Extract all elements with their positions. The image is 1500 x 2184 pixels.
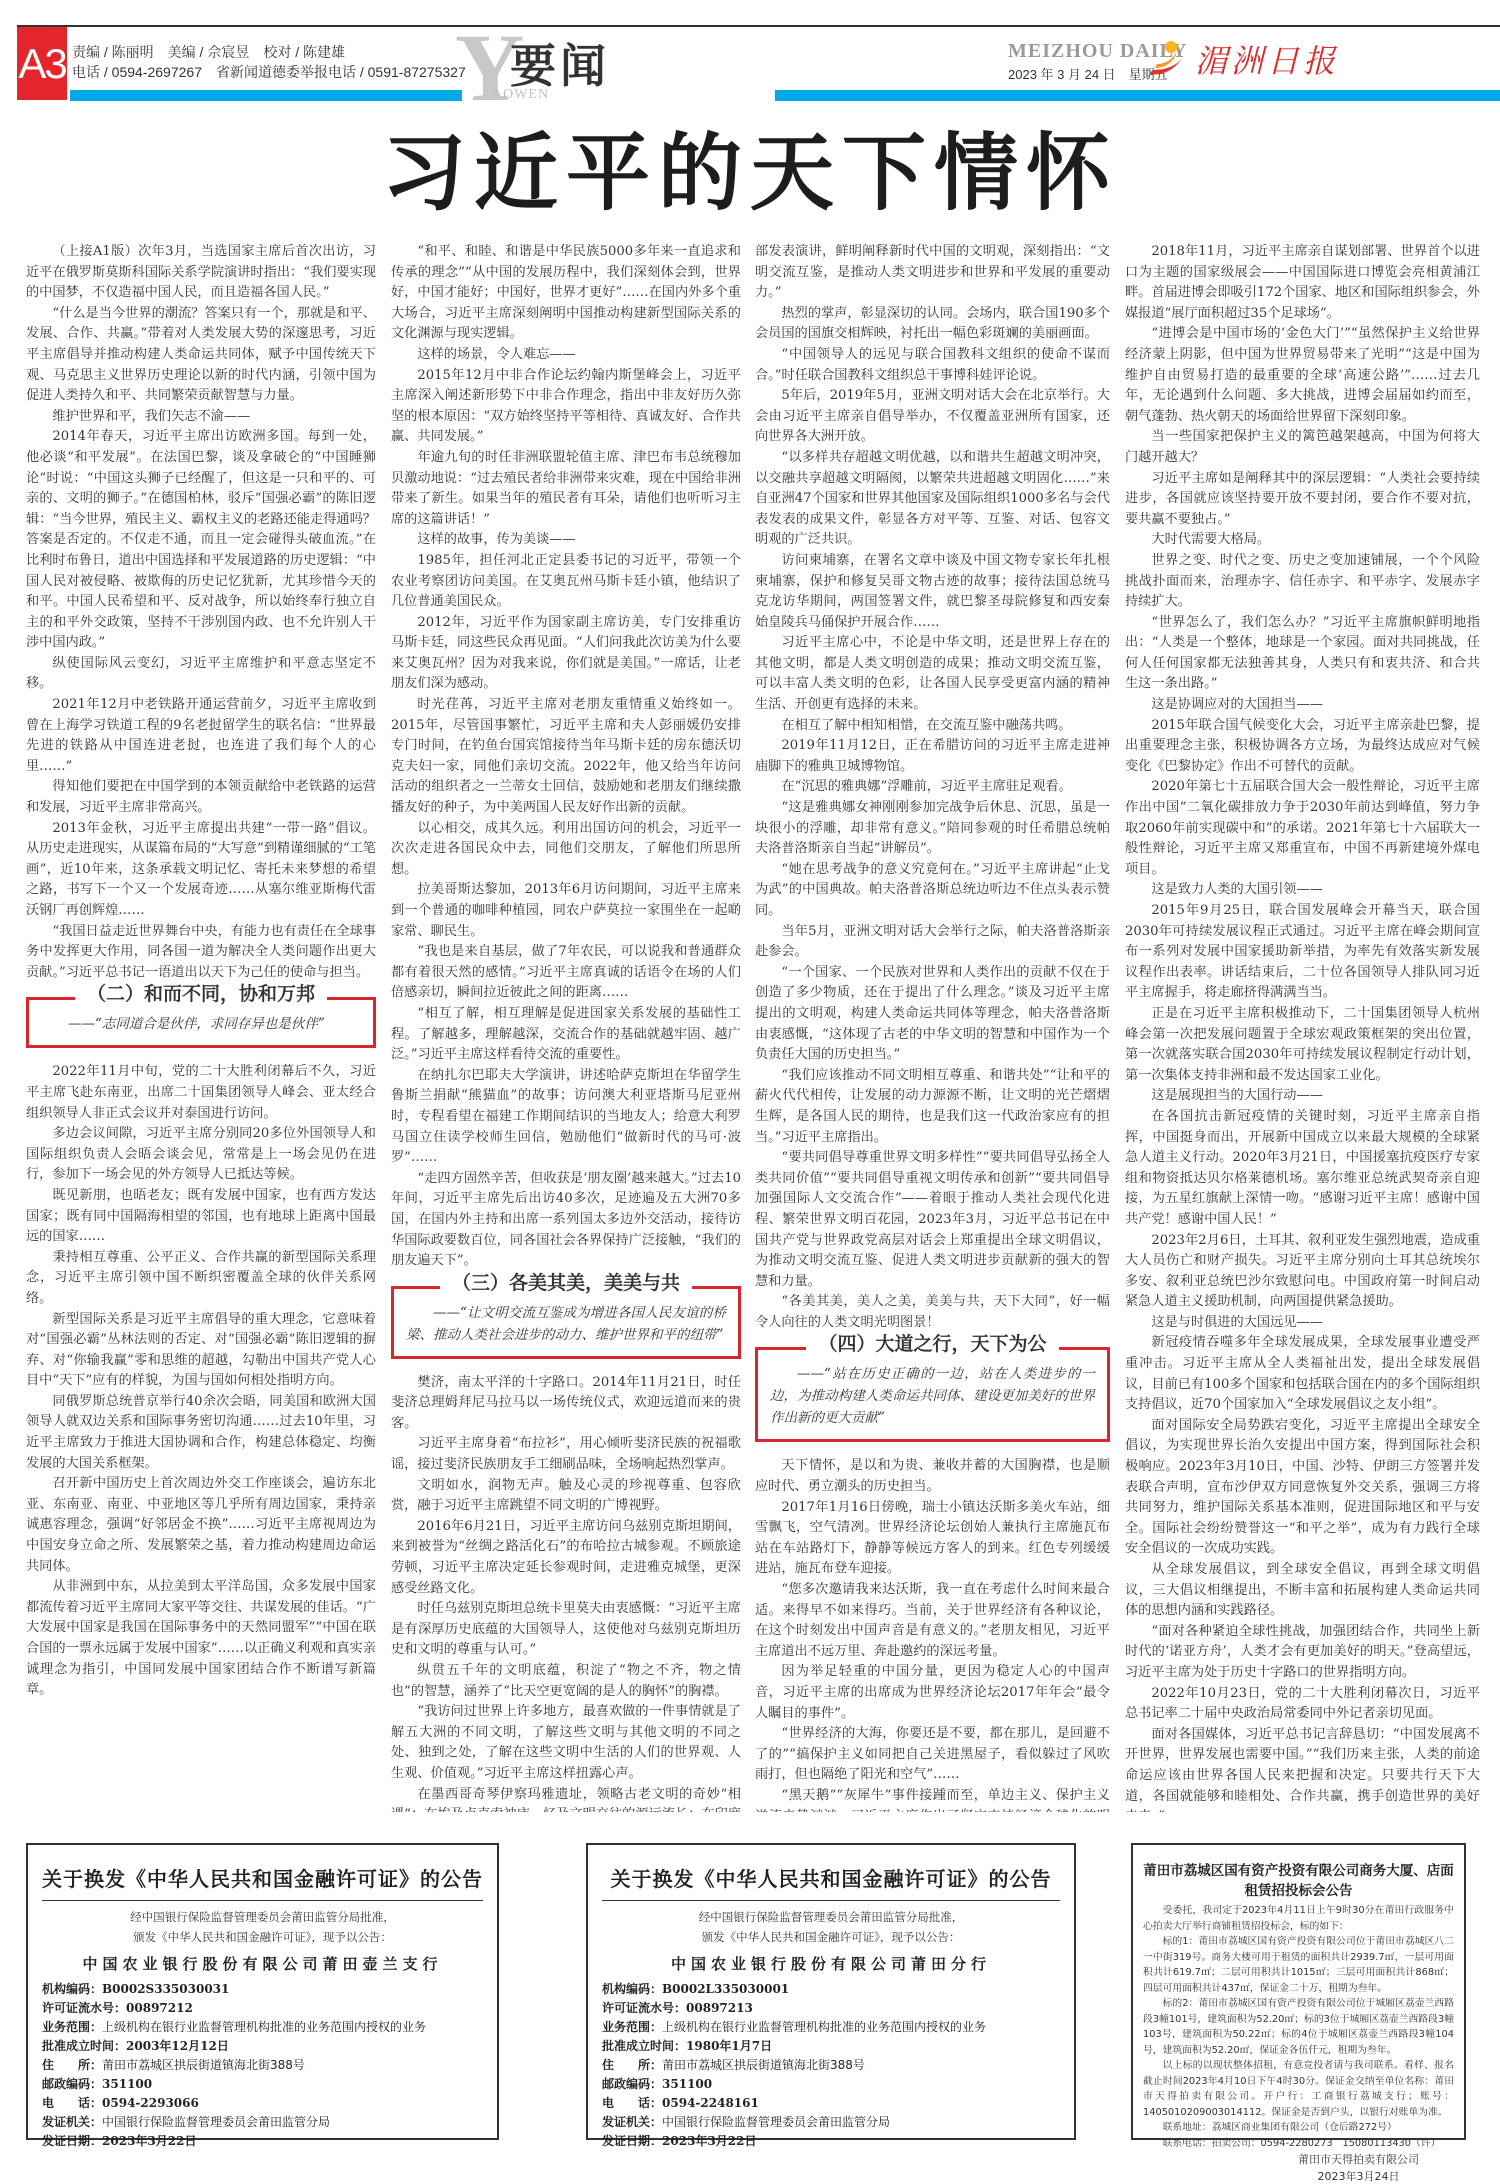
- field-address: 住 所：莆田市荔城区拱辰街道镇海北街388号: [602, 2056, 1060, 2075]
- paragraph: “世界经济的大海，你要还是不要，都在那儿，是回避不了的”“搞保护主义如同把自己关…: [755, 1724, 1110, 1786]
- paragraph: 在各国抗击新冠疫情的关键时刻，习近平主席亲自指挥，中国挺身而出，开展新中国成立以…: [1125, 1107, 1480, 1231]
- contact-address: 联系地址：荔城区商业集团有限公司（仓后路272号）: [1143, 2120, 1454, 2136]
- paragraph: 拉美哥斯达黎加，2013年6月访问期间，习近平主席来到一个普通的咖啡种植园，同农…: [391, 880, 741, 942]
- notice-title: 关于换发《中华人民共和国金融许可证》的公告: [42, 1855, 483, 1901]
- paragraph: 2018年11月，习近平主席亲自谋划部署、世界首个以进口为主题的国家级展会——中…: [1125, 242, 1480, 324]
- paragraph: 以上标的以现状整体招租，有意竞投者请与我司联系。看样、报名截止时间2023年4月…: [1143, 2058, 1454, 2120]
- subhead-quote: ——“站在历史正确的一边，站在人类进步的一边，为推动构建人类命运共同体、建设更加…: [770, 1363, 1095, 1429]
- paragraph: 2015年联合国气候变化大会，习近平主席亲赴巴黎，提出重要理念主张，积极协调各方…: [1125, 716, 1480, 778]
- notice-lease-tender: 莆田市荔城区国有资产投资有限公司商务大厦、店面租赁招投标会公告 受委托，我司定于…: [1131, 1843, 1466, 2140]
- field-business-scope: 业务范围：上级机构在银行业监督管理机构批准的业务范围内授权的业务: [602, 2018, 1060, 2037]
- paragraph: “这是雅典娜女神刚刚参加完战争后休息、沉思，虽是一块很小的浮雕，却非常有意义。”…: [755, 798, 1110, 860]
- paragraph: 这样的故事，传为美谈——: [391, 530, 741, 551]
- paragraph: 2022年11月中旬，党的二十大胜利闭幕后不久，习近平主席飞赴东南亚，出席二十国…: [26, 1062, 376, 1124]
- notice-title: 关于换发《中华人民共和国金融许可证》的公告: [602, 1855, 1060, 1901]
- field-institution-code: 机构编码：B0002S335030031: [42, 1980, 483, 1999]
- credits-line-1: 责编 / 陈丽明 美编 / 佘宸昱 校对 / 陈建雄: [72, 42, 466, 62]
- subhead-title: （四）大道之行，天下为公: [806, 1333, 1058, 1355]
- paragraph: “相互了解，相互理解是促进国家关系发展的基础性工程。了解越多，理解越深，交流合作…: [391, 1004, 741, 1066]
- paragraph: 秉持相互尊重、公平正义、合作共赢的新型国际关系理念，习近平主席引领中国不断织密覆…: [26, 1248, 376, 1310]
- field-issue-date: 发证日期：2023年3月22日: [602, 2132, 1060, 2151]
- paragraph: 热烈的掌声，彰显深切的认同。会场内，联合国190多个会员国的国旗交相辉映，衬托出…: [755, 304, 1110, 345]
- paragraph: 时任乌兹别克斯坦总统卡里莫夫由衷感慨：“习近平主席是有深厚历史底蕴的大国领导人，…: [391, 1599, 741, 1661]
- paragraph: 习近平主席心中，不论是中华文明，还是世界上存在的其他文明，都是人类文明创造的成果…: [755, 633, 1110, 715]
- paragraph: “一个国家、一个民族对世界和人类作出的贡献不仅在于创造了多少物质，还在于提出了什…: [755, 963, 1110, 1066]
- paragraph: “要共同倡导尊重世界文明多样性”“要共同倡导弘扬全人类共同价值”“要共同倡导重视…: [755, 1148, 1110, 1292]
- paragraph: 天下情怀，是以和为贵、兼收并蓄的大国胸襟，也是顺应时代、勇立潮头的历史担当。: [755, 1456, 1110, 1497]
- article-column-2: “和平、和睦、和谐是中华民族5000多年来一直追求和传承的理念”“从中国的发展历…: [391, 242, 741, 1812]
- paragraph: 访问柬埔寨，在署名文章中谈及中国文物专家长年扎根柬埔寨，保护和修复吴哥文物古迹的…: [755, 551, 1110, 633]
- field-phone: 电 话：0594-2293066: [42, 2094, 483, 2113]
- editor-credits: 责编 / 陈丽明 美编 / 佘宸昱 校对 / 陈建雄 电话 / 0594-269…: [72, 42, 466, 82]
- paragraph: “各美其美，美人之美，美美与共，天下大同”，好一幅令人向往的人类文明光明图景！: [755, 1292, 1110, 1333]
- paragraph: 2012年，习近平作为国家副主席访美，专门安排重访马斯卡廷，同这些民众再见面。“…: [391, 613, 741, 695]
- notice-license-putian-branch: 关于换发《中华人民共和国金融许可证》的公告 经中国银行保险监督管理委员会莆田监管…: [586, 1843, 1076, 2140]
- subhead-quote: ——“让文明交流互鉴成为增进各国人民友谊的桥梁、推动人类社会进步的动力、维护世界…: [406, 1302, 726, 1346]
- paragraph: 2017年1月16日傍晚，瑞士小镇达沃斯多美火车站，细雪飘飞，空气清冽。世界经济…: [755, 1498, 1110, 1580]
- paragraph: 标的2：莆田市荔城区国有资产投资有限公司位于城厢区荔壶兰西路段3幢101号，建筑…: [1143, 1996, 1454, 2058]
- paragraph: 从非洲到中东，从拉美到太平洋岛国，众多发展中国家都流传着习近平主席同大家平等交往…: [26, 1577, 376, 1701]
- paragraph: 当一些国家把保护主义的篱笆越架越高，中国为何将大门越开越大？: [1125, 427, 1480, 468]
- paragraph: 这是与时俱进的大国远见——: [1125, 1313, 1480, 1334]
- paragraph: 从全球发展倡议，到全球安全倡议，再到全球文明倡议，三大倡议相继提出，不断丰富和拓…: [1125, 1560, 1480, 1622]
- field-postcode: 邮政编码：351100: [42, 2075, 483, 2094]
- field-license-serial: 许可证流水号：00897213: [602, 1999, 1060, 2018]
- paragraph: “和平、和睦、和谐是中华民族5000多年来一直追求和传承的理念”“从中国的发展历…: [391, 242, 741, 345]
- field-license-serial: 许可证流水号：00897212: [42, 1999, 483, 2018]
- article-column-1: （上接A1版）次年3月，当选国家主席后首次出访，习近平在俄罗斯莫斯科国际关系学院…: [26, 242, 376, 1812]
- paragraph: 1985年，担任河北正定县委书记的习近平，带领一个农业考察团访问美国。在艾奥瓦州…: [391, 551, 741, 613]
- signature-date: 2023年3月24日: [1143, 2168, 1454, 2184]
- paragraph: 新型国际关系是习近平主席倡导的重大理念，它意味着对“国强必霸”丛林法则的否定、对…: [26, 1310, 376, 1392]
- issue-date: 2023 年 3 月 24 日 星期五: [1008, 64, 1168, 83]
- subhead-title: （三）各美其美，美美与共: [440, 1272, 692, 1294]
- paragraph: 这是协调应对的大国担当——: [1125, 695, 1480, 716]
- paragraph: 纵贯五千年的文明底蕴，积淀了“物之不齐，物之情也”的智慧，涵养了“比天空更宽阔的…: [391, 1661, 741, 1702]
- paragraph: 2015年12月中非合作论坛约翰内斯堡峰会上，习近平主席深入阐述新形势下中非合作…: [391, 366, 741, 448]
- field-postcode: 邮政编码：351100: [602, 2075, 1060, 2094]
- paragraph: 正是在习近平主席积极推动下，二十国集团领导人杭州峰会第一次把发展问题置于全球宏观…: [1125, 1004, 1480, 1086]
- paragraph: 2023年2月6日，土耳其、叙利亚发生强烈地震，造成重大人员伤亡和财产损失。习近…: [1125, 1231, 1480, 1313]
- paragraph: “进博会是中国市场的‘金色大门’”“虽然保护主义给世界经济蒙上阴影，但中国为世界…: [1125, 324, 1480, 427]
- bank-name: 中国农业银行股份有限公司莆田壶兰支行: [42, 1953, 483, 1974]
- paragraph: 既见新朋，也晤老友；既有发展中国家，也有西方发达国家；既有同中国隔海相望的邻国，…: [26, 1186, 376, 1248]
- paragraph: 2014年春天，习近平主席出访欧洲多国。每到一处，他必谈“和平发展”。在法国巴黎…: [26, 427, 376, 654]
- paragraph: 2016年6月21日，习近平主席访问乌兹别克斯坦期间，来到被誉为“丝绸之路活化石…: [391, 1517, 741, 1599]
- signature-company: 莆田市天得拍卖有限公司: [1143, 2151, 1454, 2168]
- field-established: 批准成立时间：1980年1月7日: [602, 2037, 1060, 2056]
- paragraph: 大时代需要大格局。: [1125, 530, 1480, 551]
- subhead-quote: ——“志同道合是伙伴，求同存异也是伙伴”: [41, 1013, 361, 1035]
- article-column-4: 2018年11月，习近平主席亲自谋划部署、世界首个以进口为主题的国家级展会——中…: [1125, 242, 1480, 1812]
- article-column-3: 部发表演讲，鲜明阐释新时代中国的文明观，深刻指出：“文明交流互鉴，是推动人类文明…: [755, 242, 1110, 1812]
- section-title: 要闻: [510, 30, 610, 96]
- paragraph: “世界怎么了，我们怎么办？”习近平主席旗帜鲜明地指出：“人类是一个整体，地球是一…: [1125, 613, 1480, 695]
- notice-title: 莆田市荔城区国有资产投资有限公司商务大厦、店面租赁招投标会公告: [1143, 1853, 1454, 1903]
- paragraph: 2019年11月12日，正在希腊访问的习近平主席走进神庙脚下的雅典卫城博物馆。: [755, 736, 1110, 777]
- paragraph: 5年后，2019年5月，亚洲文明对话大会在北京举行。大会由习近平主席亲自倡导举办…: [755, 386, 1110, 448]
- paragraph: 习近平主席如是阐释其中的深层逻辑：“人类社会要持续进步，各国就应该坚持要开放不要…: [1125, 469, 1480, 531]
- paragraph: “面对各种紧迫全球性挑战，加强团结合作，共同坐上新时代的‘诺亚方舟’，人类才会有…: [1125, 1622, 1480, 1684]
- paragraph: 新冠疫情吞噬多年全球发展成果，全球发展事业遭受严重冲击。习近平主席从全人类福祉出…: [1125, 1333, 1480, 1415]
- field-institution-code: 机构编码：B0002L335030001: [602, 1980, 1060, 1999]
- paragraph: 得知他们要把在中国学到的本领贡献给中老铁路的运营和发展，习近平主席非常高兴。: [26, 777, 376, 818]
- paragraph: 在纳扎尔巴耶夫大学演讲，讲述哈萨克斯坦在华留学生鲁斯兰捐献“熊猫血”的故事；访问…: [391, 1066, 741, 1169]
- paragraph: “我也是来自基层，做了7年农民，可以说我和普通群众都有着很天然的感情。”习近平主…: [391, 942, 741, 1004]
- paragraph: 同俄罗斯总统普京举行40余次会晤，同美国和欧洲大国领导人就双边关系和国际事务密切…: [26, 1392, 376, 1474]
- subhead-section-4: （四）大道之行，天下为公 ——“站在历史正确的一边，站在人类进步的一边，为推动构…: [755, 1347, 1110, 1442]
- paragraph: 因为举足轻重的中国分量，更因为稳定人心的中国声音，习近平主席的出席成为世界经济论…: [755, 1662, 1110, 1724]
- paragraph: “黑天鹅”“灰犀牛”事件接踵而至，单边主义、保护主义逆流来势汹汹，习近平主席作出…: [755, 1786, 1110, 1812]
- page-number-badge: A3: [17, 27, 67, 100]
- subhead-section-2: （二）和而不同，协和万邦 ——“志同道合是伙伴，求同存异也是伙伴”: [26, 997, 376, 1048]
- field-issue-date: 发证日期：2023年3月22日: [42, 2132, 483, 2151]
- paragraph: 2021年12月中老铁路开通运营前夕，习近平主席收到曾在上海学习铁道工程的9名老…: [26, 695, 376, 777]
- contact-phone: 联系电话：拍卖公司：0594-2280273 15080113430（许）: [1143, 2136, 1454, 2152]
- paragraph: 面对各国媒体，习近平总书记言辞恳切：“中国发展离不开世界，世界发展也需要中国。”…: [1125, 1725, 1480, 1812]
- paragraph: “以多样共存超越文明优越，以和谐共生超越文明冲突，以交融共享超越文明隔阂，以繁荣…: [755, 448, 1110, 551]
- paragraph: 世界之变、时代之变、历史之变加速铺展，一个个风险挑战扑面而来，治理赤字、信任赤字…: [1125, 551, 1480, 613]
- paragraph: “走四方固然辛苦，但收获是‘朋友圈’越来越大。”过去10年间，习近平主席先后出访…: [391, 1169, 741, 1272]
- paper-name-cn: 湄洲日报: [1195, 36, 1339, 82]
- article-headline: 习近平的天下情怀: [0, 118, 1500, 228]
- notice-intro: 经中国银行保险监督管理委员会莆田监管分局批准， 颁发《中华人民共和国金融许可证》…: [602, 1907, 1060, 1947]
- paragraph: 受委托，我司定于2023年4月11日上午9时30分在莆田行政服务中心拍卖大厅举行…: [1143, 1903, 1454, 1934]
- paragraph: 这是展现担当的大国行动——: [1125, 1086, 1480, 1107]
- subhead-title: （二）和而不同，协和万邦: [75, 983, 327, 1005]
- paragraph: 年逾九旬的时任非洲联盟轮值主席、津巴布韦总统穆加贝激动地说：“过去殖民者给非洲带…: [391, 448, 741, 530]
- notice-intro: 经中国银行保险监督管理委员会莆田监管分局批准， 颁发《中华人民共和国金融许可证》…: [42, 1907, 483, 1947]
- paragraph: 习近平主席身着“布拉衫”，用心倾听斐济民族的祝福歌谣，接过斐济民族朋友手工细刷品…: [391, 1434, 741, 1475]
- paragraph: 维护世界和平，我们矢志不渝——: [26, 407, 376, 428]
- paragraph: 召开新中国历史上首次周边外交工作座谈会，遍访东北亚、东南亚、南亚、中亚地区等几乎…: [26, 1474, 376, 1577]
- header-bar-left: [70, 90, 462, 101]
- paragraph: 多边会议间隙，习近平主席分别同20多位外国领导人和国际组织负责人会晤会谈会见，常…: [26, 1124, 376, 1186]
- paragraph: 这样的场景，令人难忘——: [391, 345, 741, 366]
- field-issuer: 发证机关：中国银行保险监督管理委员会莆田监管分局: [602, 2113, 1060, 2132]
- paragraph: “我们应该推动不同文明相互尊重、和谐共处”“让和平的薪火代代相传，让发展的动力源…: [755, 1066, 1110, 1148]
- paragraph: 部发表演讲，鲜明阐释新时代中国的文明观，深刻指出：“文明交流互鉴，是推动人类文明…: [755, 242, 1110, 304]
- flame-logo-icon: [1145, 38, 1187, 80]
- paragraph: 在“沉思的雅典娜”浮雕前，习近平主席驻足观看。: [755, 777, 1110, 798]
- paragraph: “什么是当今世界的潮流？答案只有一个，那就是和平、发展、合作、共赢。”带着对人类…: [26, 304, 376, 407]
- paragraph: 面对国际安全局势跌宕变化，习近平主席提出全球安全倡议，为实现世界长治久安提出中国…: [1125, 1416, 1480, 1560]
- notice-body: 受委托，我司定于2023年4月11日上午9时30分在莆田行政服务中心拍卖大厅举行…: [1143, 1903, 1454, 2184]
- paragraph: 这是致力人类的大国引领——: [1125, 880, 1480, 901]
- credits-line-2: 电话 / 0594-2697267 省新闻道德委举报电话 / 0591-8727…: [72, 62, 466, 82]
- paragraph: 在墨西哥奇琴伊察玛雅遗址，领略古老文明的奇妙“相遇”；在埃及卢克索神庙，忆及文明…: [391, 1785, 741, 1812]
- paragraph: 时光荏苒，习近平主席对老朋友重情重义始终如一。2015年，尽管国事繁忙，习近平主…: [391, 695, 741, 819]
- notice-license-hulan-branch: 关于换发《中华人民共和国金融许可证》的公告 经中国银行保险监督管理委员会莆田监管…: [26, 1843, 499, 2140]
- paragraph: “中国领导人的远见与联合国教科文组织的使命不谋而合。”时任联合国教科文组织总干事…: [755, 345, 1110, 386]
- bank-name: 中国农业银行股份有限公司莆田分行: [602, 1953, 1060, 1974]
- paragraph: 标的1：莆田市荔城区国有资产投资有限公司位于莆田市荔城区八二一中街319号。商务…: [1143, 1934, 1454, 1996]
- paragraph: “我访问过世界上许多地方，最喜欢做的一件事情就是了解五大洲的不同文明，了解这些文…: [391, 1702, 741, 1784]
- field-business-scope: 业务范围：上级机构在银行业监督管理机构批准的业务范围内授权的业务: [42, 2018, 483, 2037]
- subhead-section-3: （三）各美其美，美美与共 ——“让文明交流互鉴成为增进各国人民友谊的桥梁、推动人…: [391, 1286, 741, 1359]
- paragraph: 文明如水，润物无声。触及心灵的珍视尊重、包容欣赏，融于习近平主席跳望不同文明的广…: [391, 1476, 741, 1517]
- field-established: 批准成立时间：2003年12月12日: [42, 2037, 483, 2056]
- paragraph: 2020年第七十五届联合国大会一般性辩论，习近平主席作出中国“二氧化碳排放力争于…: [1125, 777, 1480, 880]
- paragraph: 樊济，南太平洋的十字路口。2014年11月21日，时任斐济总理姆拜尼马拉马以一场…: [391, 1373, 741, 1435]
- paragraph: “您多次邀请我来达沃斯，我一直在考虑什么时间来最合适。来得早不如来得巧。当前，关…: [755, 1580, 1110, 1662]
- paragraph: “我国日益走近世界舞台中央，有能力也有责任在全球事务中发挥更大作用，同各国一道为…: [26, 922, 376, 984]
- field-issuer: 发证机关：中国银行保险监督管理委员会莆田监管分局: [42, 2113, 483, 2132]
- field-address: 住 所：莆田市荔城区拱辰街道镇海北街388号: [42, 2056, 483, 2075]
- paragraph: 当年5月，亚洲文明对话大会举行之际，帕夫洛普洛斯亲赴参会。: [755, 922, 1110, 963]
- field-phone: 电 话：0594-2248161: [602, 2094, 1060, 2113]
- paragraph: 以心相交，成其久远。利用出国访问的机会，习近平一次次走进各国民众中去，同他们交朋…: [391, 819, 741, 881]
- paragraph: 2022年10月23日，党的二十大胜利闭幕次日，习近平总书记率二十届中央政治局常…: [1125, 1684, 1480, 1725]
- top-rule: [17, 25, 1500, 27]
- paragraph: 在相互了解中相知相惜，在交流互鉴中融荡共鸣。: [755, 716, 1110, 737]
- paragraph: 2013年金秋，习近平主席提出共建“一带一路”倡议。从历史走进现实，从谋篇布局的…: [26, 819, 376, 922]
- paragraph: （上接A1版）次年3月，当选国家主席后首次出访，习近平在俄罗斯莫斯科国际关系学院…: [26, 242, 376, 304]
- paragraph: “她在思考战争的意义究竟何在。”习近平主席讲起“止戈为武”的中国典故。帕夫洛普洛…: [755, 860, 1110, 922]
- paragraph: 2015年9月25日，联合国发展峰会开幕当天，联合国2030年可持续发展议程正式…: [1125, 901, 1480, 1004]
- header-bar-right: [775, 90, 1500, 101]
- newspaper-logo: 湄洲日报: [1145, 34, 1495, 84]
- paragraph: 纵使国际风云变幻，习近平主席维护和平意志坚定不移。: [26, 654, 376, 695]
